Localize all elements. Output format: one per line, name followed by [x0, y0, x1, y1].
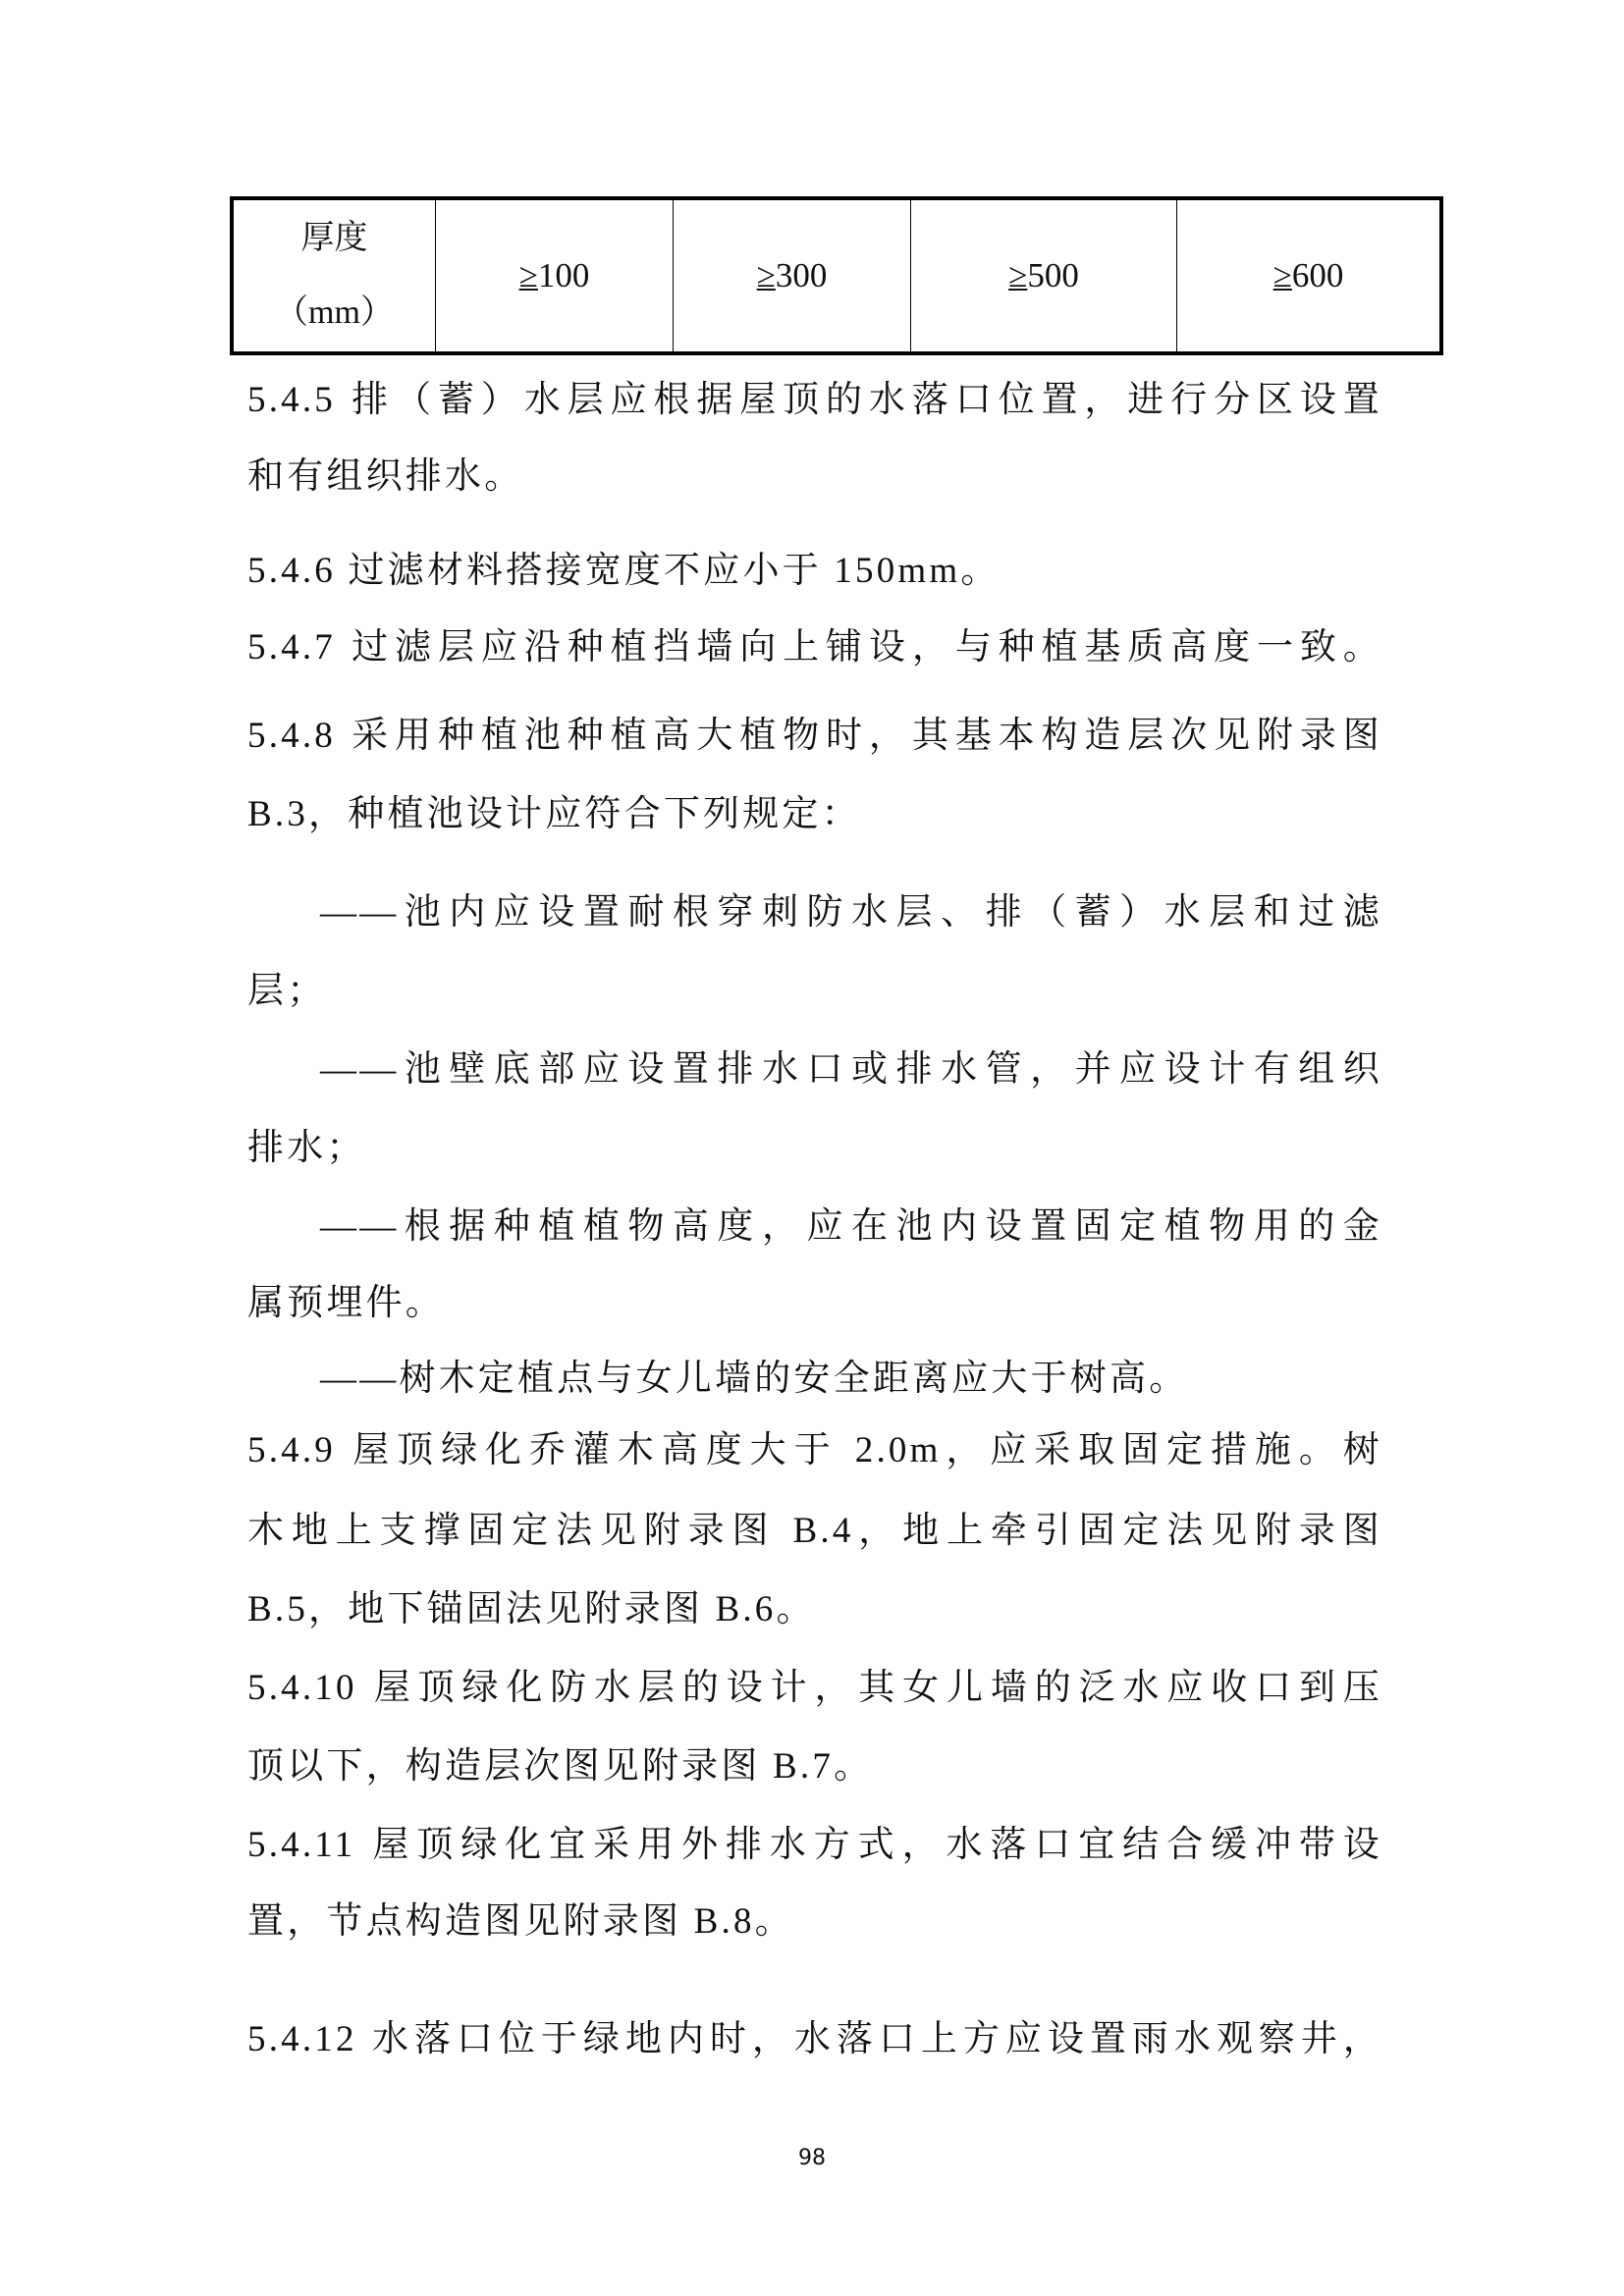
cell-value: 300 — [776, 256, 828, 295]
list-item-3-line-2: 属预埋件。 — [247, 1281, 1382, 1326]
clause-5-4-12-line-1: 5.4.12 水落口位于绿地内时，水落口上方应设置雨水观察井， — [247, 2017, 1382, 2062]
row-label-unit: （mm） — [275, 294, 394, 333]
document-page: 厚度 （mm） ≥100 ≥300 ≥500 ≥600 5.4.5 排（蓄）水层… — [0, 0, 1624, 2296]
cell-value: 500 — [1027, 256, 1079, 295]
clause-5-4-7: 5.4.7 过滤层应沿种植挡墙向上铺设，与种植基质高度一致。 — [247, 625, 1382, 670]
clause-5-4-5-line-1: 5.4.5 排（蓄）水层应根据屋顶的水落口位置，进行分区设置 — [247, 378, 1382, 423]
clause-5-4-11-line-1: 5.4.11 屋顶绿化宜采用外排水方式，水落口宜结合缓冲带设 — [247, 1823, 1382, 1868]
row-label-thickness: 厚度 — [301, 219, 368, 258]
thickness-table: 厚度 （mm） ≥100 ≥300 ≥500 ≥600 — [230, 196, 1443, 355]
clause-5-4-9-line-2: 木地上支撑固定法见附录图 B.4，地上牵引固定法见附录图 — [247, 1509, 1382, 1554]
greater-equal-icon: ≥ — [757, 256, 776, 295]
cell-value: 100 — [538, 256, 590, 295]
greater-equal-icon: ≥ — [1273, 256, 1292, 295]
table-cell: ≥100 — [436, 200, 674, 351]
clause-5-4-10-line-2: 顶以下，构造层次图见附录图 B.7。 — [247, 1744, 1382, 1789]
greater-equal-icon: ≥ — [1008, 256, 1027, 295]
list-item-2-line-2: 排水； — [247, 1126, 1382, 1171]
clause-5-4-6: 5.4.6 过滤材料搭接宽度不应小于 150mm。 — [247, 549, 1382, 594]
list-item-1-line-1: ——池内应设置耐根穿刺防水层、排（蓄）水层和过滤 — [320, 890, 1382, 935]
table-cell: ≥500 — [911, 200, 1177, 351]
clause-5-4-8-line-2: B.3，种植池设计应符合下列规定： — [247, 792, 1382, 837]
clause-5-4-9-line-3: B.5，地下锚固法见附录图 B.6。 — [247, 1587, 1382, 1632]
clause-5-4-5-line-2: 和有组织排水。 — [247, 454, 1382, 500]
cell-value: 600 — [1292, 256, 1344, 295]
list-item-1-line-2: 层； — [247, 969, 1382, 1014]
page-number: 98 — [0, 2146, 1624, 2170]
list-item-4: ——树木定植点与女儿墙的安全距离应大于树高。 — [320, 1357, 1382, 1402]
list-item-3-line-1: ——根据种植植物高度，应在池内设置固定植物用的金 — [320, 1204, 1382, 1250]
clause-5-4-8-line-1: 5.4.8 采用种植池种植高大植物时，其基本构造层次见附录图 — [247, 714, 1382, 759]
clause-5-4-11-line-2: 置，节点构造图见附录图 B.8。 — [247, 1899, 1382, 1945]
table-row-header: 厚度 （mm） — [234, 200, 436, 351]
clause-5-4-10-line-1: 5.4.10 屋顶绿化防水层的设计，其女儿墙的泛水应收口到压 — [247, 1666, 1382, 1711]
list-item-2-line-1: ——池壁底部应设置排水口或排水管，并应设计有组织 — [320, 1047, 1382, 1093]
table-cell: ≥600 — [1177, 200, 1439, 351]
greater-equal-icon: ≥ — [519, 256, 538, 295]
clause-5-4-9-line-1: 5.4.9 屋顶绿化乔灌木高度大于 2.0m，应采取固定措施。树 — [247, 1428, 1382, 1473]
table-cell: ≥300 — [674, 200, 911, 351]
